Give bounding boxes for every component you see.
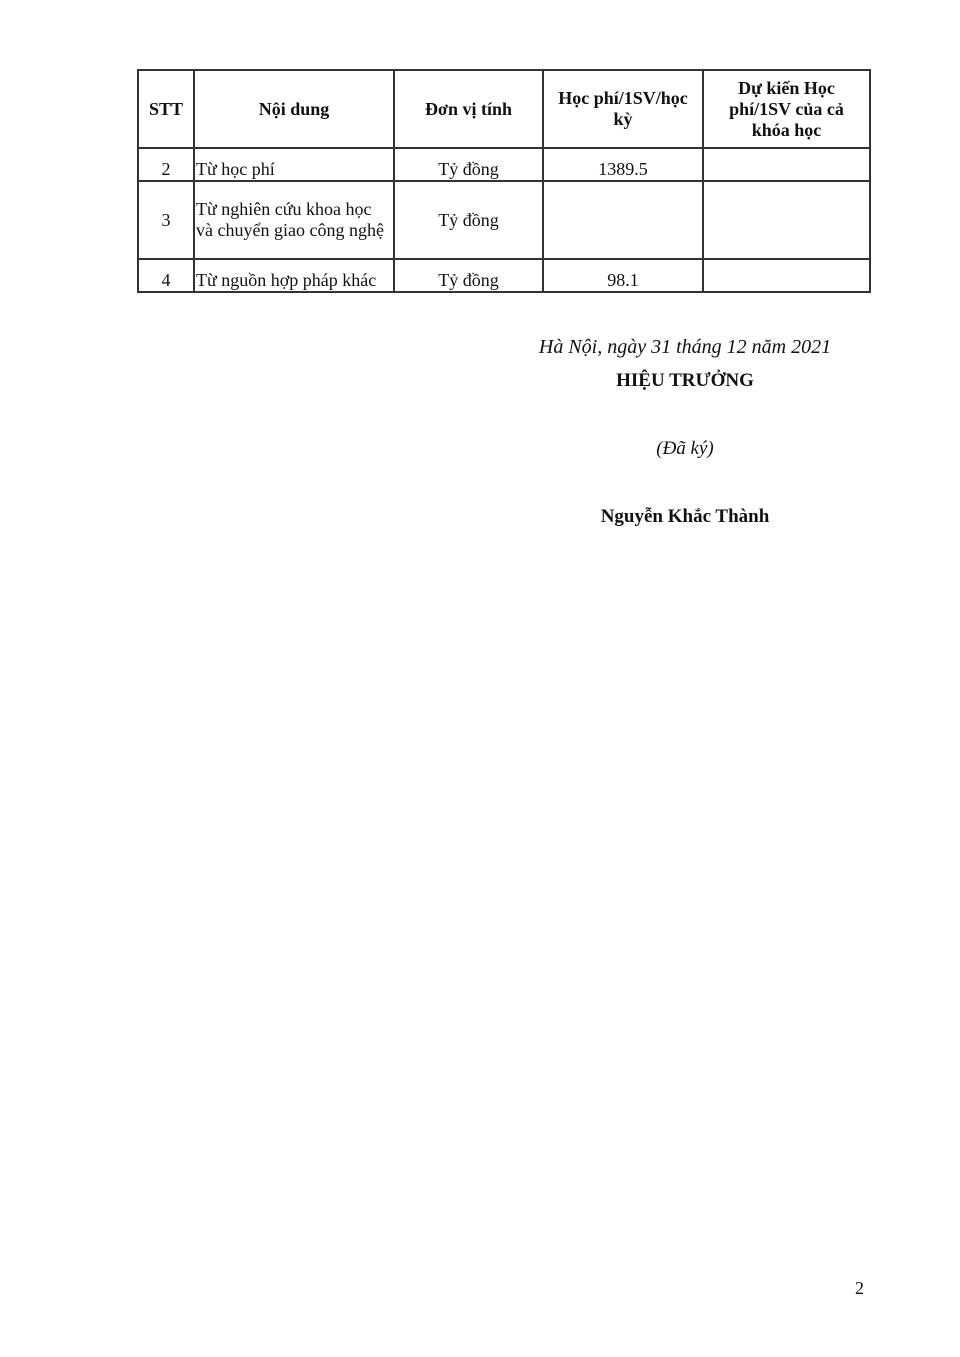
cell-unit: Tỷ đồng — [394, 181, 543, 259]
table-row: 3 Từ nghiên cứu khoa học và chuyển giao … — [138, 181, 870, 259]
cell-unit: Tỷ đồng — [394, 148, 543, 181]
cell-stt: 2 — [138, 148, 194, 181]
cell-fee-full-course — [703, 148, 870, 181]
cell-unit: Tỷ đồng — [394, 259, 543, 292]
signature-place-date: Hà Nội, ngày 31 tháng 12 năm 2021 — [500, 336, 870, 359]
cell-fee-per-semester: 98.1 — [543, 259, 703, 292]
header-stt: STT — [138, 70, 194, 148]
cell-fee-full-course — [703, 181, 870, 259]
cell-stt: 3 — [138, 181, 194, 259]
table-row: 4 Từ nguồn hợp pháp khác Tỷ đồng 98.1 — [138, 259, 870, 292]
signature-title: HIỆU TRƯỞNG — [500, 370, 870, 392]
cell-fee-full-course — [703, 259, 870, 292]
header-content: Nội dung — [194, 70, 394, 148]
cell-content: Từ nguồn hợp pháp khác — [194, 259, 394, 292]
cell-fee-per-semester: 1389.5 — [543, 148, 703, 181]
page-number: 2 — [855, 1278, 864, 1299]
cell-content: Từ học phí — [194, 148, 394, 181]
header-fee-per-semester: Học phí/1SV/học kỳ — [543, 70, 703, 148]
cell-content: Từ nghiên cứu khoa học và chuyển giao cô… — [194, 181, 394, 259]
cell-stt: 4 — [138, 259, 194, 292]
header-fee-full-course: Dự kiến Học phí/1SV của cả khóa học — [703, 70, 870, 148]
signature-signed-note: (Đã ký) — [500, 438, 870, 460]
cell-fee-per-semester — [543, 181, 703, 259]
signature-name: Nguyễn Khắc Thành — [500, 506, 870, 528]
table-header-row: STT Nội dung Đơn vị tính Học phí/1SV/học… — [138, 70, 870, 148]
header-unit: Đơn vị tính — [394, 70, 543, 148]
table-row: 2 Từ học phí Tỷ đồng 1389.5 — [138, 148, 870, 181]
fee-table: STT Nội dung Đơn vị tính Học phí/1SV/học… — [137, 69, 871, 293]
